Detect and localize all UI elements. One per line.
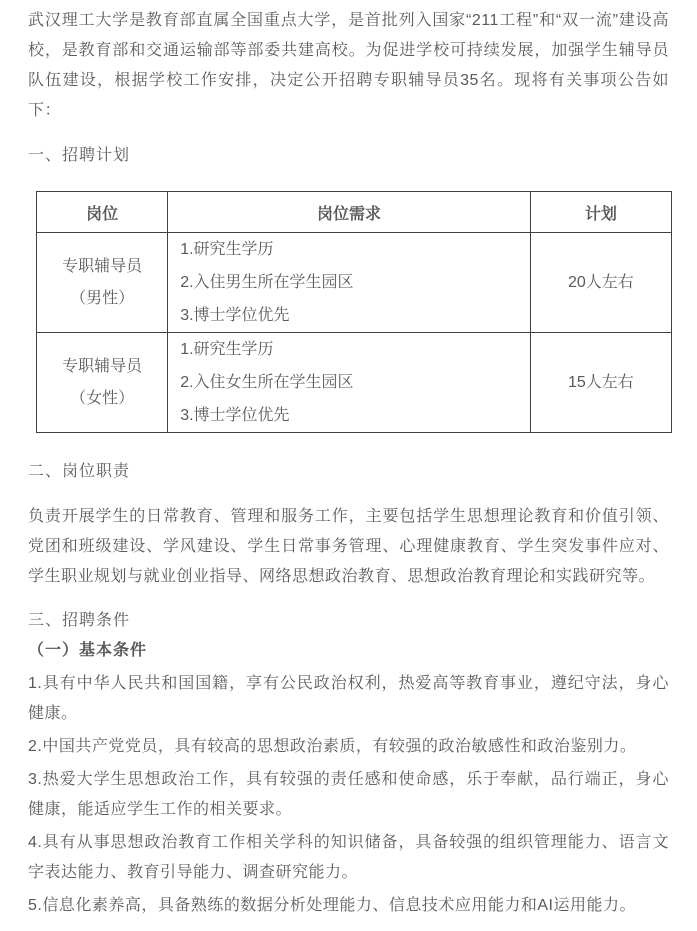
plan-cell: 20人左右 [530,233,671,333]
requirements-cell: 1.研究生学历 2.入住女生所在学生园区 3.博士学位优先 [168,333,531,433]
requirement-item: 2.入住女生所在学生园区 [180,366,524,399]
requirement-item: 3.博士学位优先 [180,399,524,432]
section-3-title: 三、招聘条件 [28,606,669,636]
subsection-basic-conditions-title: （一）基本条件 [28,636,669,666]
announcement-page: 武汉理工大学是教育部直属全国重点大学，是首批列入国家“211工程”和“双一流”建… [0,0,697,931]
plan-cell: 15人左右 [530,333,671,433]
requirement-item: 3.博士学位优先 [180,299,524,332]
condition-item-4: 4.具有从事思想政治教育工作相关学科的知识储备，具备较强的组织管理能力、语言文字… [28,828,669,888]
col-header-requirements: 岗位需求 [168,192,531,233]
requirement-item: 1.研究生学历 [180,233,524,266]
condition-item-2: 2.中国共产党党员，具有较高的思想政治素质，有较强的政治敏感性和政治鉴别力。 [28,732,669,762]
intro-paragraph: 武汉理工大学是教育部直属全国重点大学，是首批列入国家“211工程”和“双一流”建… [28,6,669,126]
requirement-item: 2.入住男生所在学生园区 [180,266,524,299]
table-row-male: 专职辅导员（男性） 1.研究生学历 2.入住男生所在学生园区 3.博士学位优先 … [37,233,672,333]
section-1-title: 一、招聘计划 [28,141,669,171]
col-header-position: 岗位 [37,192,168,233]
section-2-title: 二、岗位职责 [28,457,669,487]
condition-item-1: 1.具有中华人民共和国国籍，享有公民政治权利，热爱高等教育事业，遵纪守法，身心健… [28,669,669,729]
requirements-cell: 1.研究生学历 2.入住男生所在学生园区 3.博士学位优先 [168,233,531,333]
position-cell: 专职辅导员（男性） [37,233,168,333]
condition-item-5: 5.信息化素养高，具备熟练的数据分析处理能力、信息技术应用能力和AI运用能力。 [28,891,669,921]
position-cell: 专职辅导员（女性） [37,333,168,433]
col-header-plan: 计划 [530,192,671,233]
duties-paragraph: 负责开展学生的日常教育、管理和服务工作，主要包括学生思想理论教育和价值引领、党团… [28,502,669,592]
table-row-female: 专职辅导员（女性） 1.研究生学历 2.入住女生所在学生园区 3.博士学位优先 … [37,333,672,433]
recruitment-plan-table: 岗位 岗位需求 计划 专职辅导员（男性） 1.研究生学历 2.入住男生所在学生园… [36,191,672,433]
requirement-item: 1.研究生学历 [180,333,524,366]
condition-item-3: 3.热爱大学生思想政治工作，具有较强的责任感和使命感，乐于奉献，品行端正，身心健… [28,765,669,825]
table-header-row: 岗位 岗位需求 计划 [37,192,672,233]
